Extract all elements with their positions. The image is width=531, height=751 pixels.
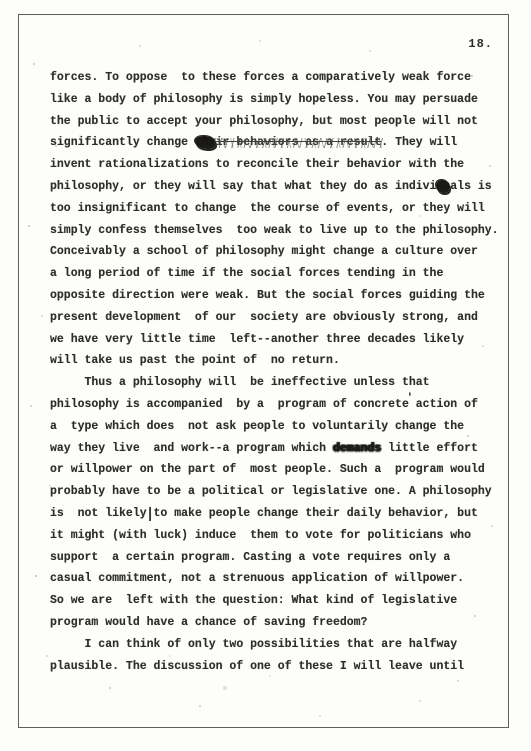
text-line: I can think of only two possibilities th… — [50, 634, 495, 656]
text-line: it might (with luck) induce them to vote… — [50, 525, 495, 547]
typed-text: too insignificant to change the course o… — [50, 202, 485, 215]
page-frame: 18. forces. To oppose to these forces a … — [18, 14, 509, 728]
text-line: or willpower on the part of most people.… — [50, 459, 495, 481]
typed-text: casual commitment, not a strenuous appli… — [50, 572, 464, 585]
ink-blot: du — [436, 180, 450, 193]
text-line: plausible. The discussion of one of thes… — [50, 656, 495, 678]
text-line: forces. To oppose to these forces a comp… — [50, 67, 495, 89]
typed-text: So we are left with the question: What k… — [50, 594, 457, 607]
typed-text: or willpower on the part of most people.… — [50, 463, 485, 476]
typed-text: significantly change — [50, 136, 195, 149]
typed-text: Thus a philosophy will be ineffective un… — [50, 376, 430, 389]
typed-text: I can think of only two possibilities th… — [50, 638, 457, 651]
text-line: program would have a chance of saving fr… — [50, 612, 495, 634]
text-line: we have very little time left--another t… — [50, 329, 495, 351]
text-line: a type which does not ask people to volu… — [50, 416, 495, 438]
typed-text: . They will — [381, 136, 457, 149]
typed-text: a long period of time if the social forc… — [50, 267, 443, 280]
typed-text: will take us past the point of no return… — [50, 354, 340, 367]
text-line: the public to accept your philosophy, bu… — [50, 111, 495, 133]
text-line: significantly change their behaviors as … — [50, 132, 495, 154]
text-line: Thus a philosophy will be ineffective un… — [50, 372, 495, 394]
text-line: like a body of philosophy is simply hope… — [50, 89, 495, 111]
typed-text: program would have a chance of saving fr… — [50, 616, 367, 629]
text-line: So we are left with the question: What k… — [50, 590, 495, 612]
text-line: will take us past the point of no return… — [50, 350, 495, 372]
typed-text: is not likely — [50, 507, 147, 520]
text-line: present development of our society are o… — [50, 307, 495, 329]
typed-text: a type which does not ask people to volu… — [50, 420, 464, 433]
typed-text: we have very little time left--another t… — [50, 333, 464, 346]
text-line: philosophy, or they will say that what t… — [50, 176, 495, 198]
typed-text: way they live and work--a program which — [50, 442, 333, 455]
typed-text: little effort — [381, 442, 478, 455]
typewritten-text-block: forces. To oppose to these forces a comp… — [50, 67, 495, 677]
text-line: is not likely|to make people change thei… — [50, 503, 495, 525]
typed-text: action of — [409, 398, 478, 411]
text-line: philosophy is accompanied by a program o… — [50, 394, 495, 416]
scan-noise-speckles — [19, 15, 21, 17]
text-line: probably have to be a political or legis… — [50, 481, 495, 503]
scanned-document: 18. forces. To oppose to these forces a … — [0, 0, 531, 751]
text-line: opposite direction were weak. But the so… — [50, 285, 495, 307]
text-line: a long period of time if the social forc… — [50, 263, 495, 285]
typed-text: philosophy is accompanied by a program o… — [50, 398, 409, 411]
text-line: support a certain program. Casting a vot… — [50, 547, 495, 569]
text-line: too insignificant to change the course o… — [50, 198, 495, 220]
typed-text: the public to accept your philosophy, bu… — [50, 115, 478, 128]
typed-text: plausible. The discussion of one of thes… — [50, 660, 464, 673]
typed-text: to make people change their daily behavi… — [154, 507, 478, 520]
typed-text: opposite direction were weak. But the so… — [50, 289, 485, 302]
typed-text: invent rationalizations to reconcile the… — [50, 158, 464, 171]
typed-text: present development of our society are o… — [50, 311, 478, 324]
text-line: invent rationalizations to reconcile the… — [50, 154, 495, 176]
text-line: way they live and work--a program which … — [50, 438, 495, 460]
typed-text: simply confess themselves too weak to li… — [50, 224, 499, 237]
text-line: simply confess themselves too weak to li… — [50, 220, 495, 242]
typed-text: support a certain program. Casting a vot… — [50, 551, 450, 564]
typed-text: Conceivably a school of philosophy might… — [50, 245, 478, 258]
text-line: casual commitment, not a strenuous appli… — [50, 568, 495, 590]
ink-blot: the — [195, 136, 216, 149]
typed-text: like a body of philosophy is simply hope… — [50, 93, 478, 106]
scribbled-out-text: ir behaviors as a result — [216, 136, 382, 149]
typed-text: als is — [450, 180, 491, 193]
page-number: 18. — [468, 37, 493, 51]
insertion-mark: | — [147, 501, 154, 528]
overtyped-word: demands — [333, 442, 381, 455]
typed-text: it might (with luck) induce them to vote… — [50, 529, 471, 542]
typed-text: probably have to be a political or legis… — [50, 485, 492, 498]
typed-text: forces. To oppose to these forces a comp… — [50, 71, 471, 84]
text-line: Conceivably a school of philosophy might… — [50, 241, 495, 263]
typed-text: philosophy, or they will say that what t… — [50, 180, 436, 193]
